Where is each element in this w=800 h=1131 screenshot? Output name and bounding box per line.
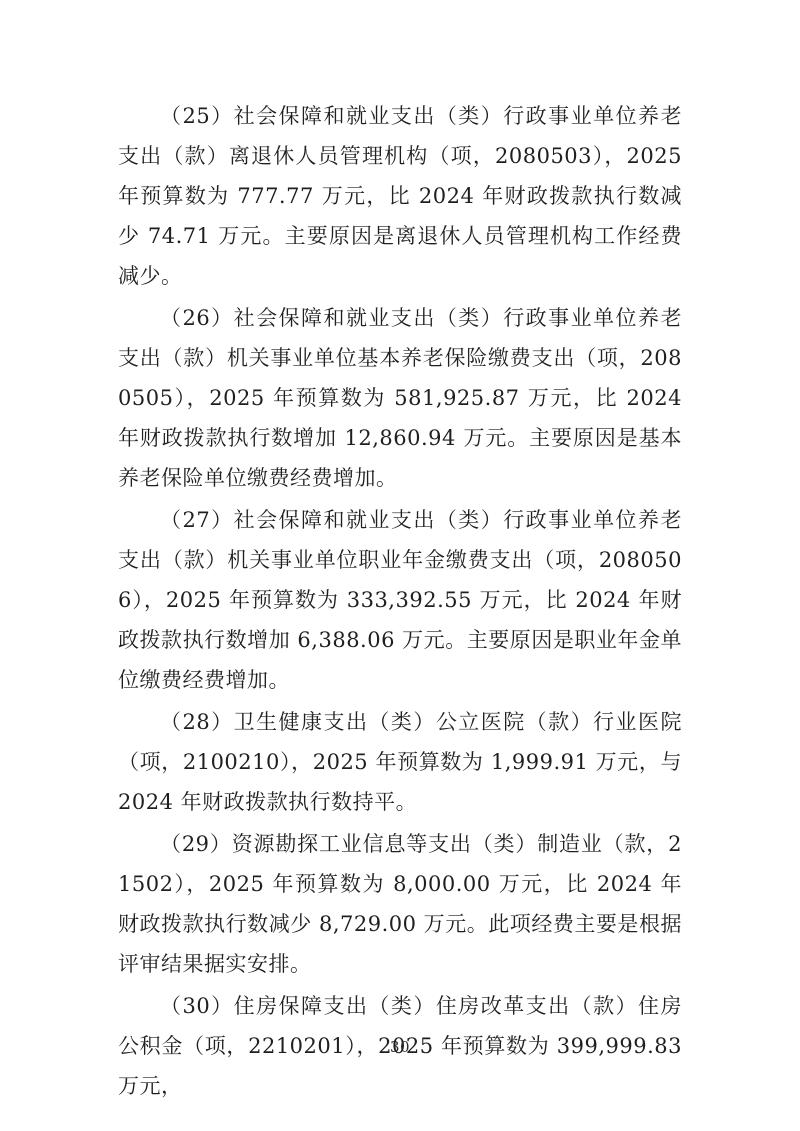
- document-page: （25）社会保障和就业支出（类）行政事业单位养老支出（款）离退休人员管理机构（项…: [0, 0, 800, 1131]
- page-number: 30: [0, 1038, 800, 1056]
- paragraph-25: （25）社会保障和就业支出（类）行政事业单位养老支出（款）离退休人员管理机构（项…: [118, 96, 682, 296]
- paragraph-27: （27）社会保障和就业支出（类）行政事业单位养老支出（款）机关事业单位职业年金缴…: [118, 500, 682, 700]
- paragraph-26: （26）社会保障和就业支出（类）行政事业单位养老支出（款）机关事业单位基本养老保…: [118, 298, 682, 498]
- paragraph-28: （28）卫生健康支出（类）公立医院（款）行业医院（项，2100210），2025…: [118, 702, 682, 822]
- paragraph-29: （29）资源勘探工业信息等支出（类）制造业（款，21502），2025 年预算数…: [118, 824, 682, 984]
- document-body: （25）社会保障和就业支出（类）行政事业单位养老支出（款）离退休人员管理机构（项…: [118, 96, 682, 1108]
